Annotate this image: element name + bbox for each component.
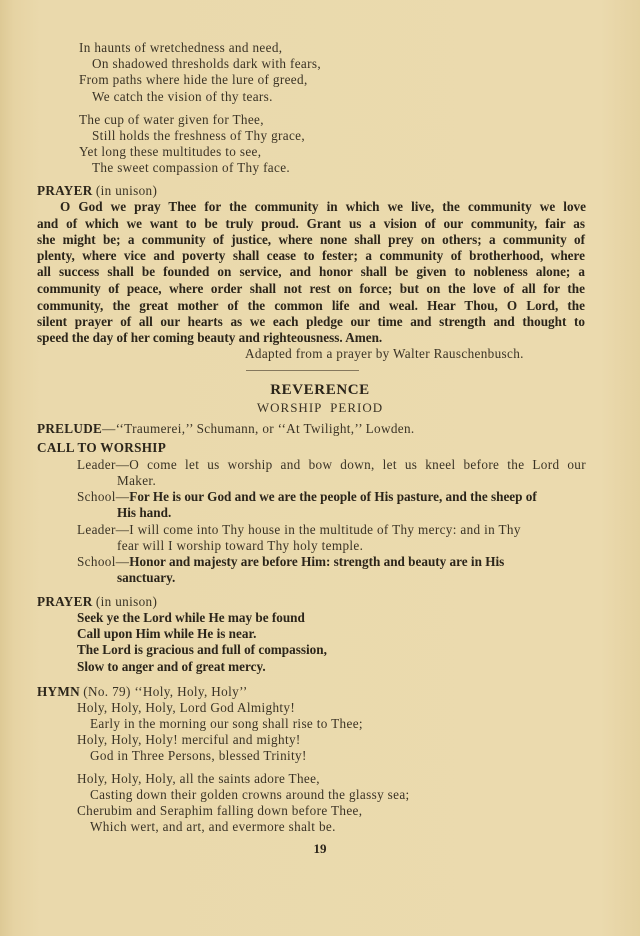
section-subtitle: WORSHIP PERIOD — [0, 400, 640, 416]
prayer-line: Seek ye the Lord while He may be found — [77, 610, 305, 626]
poem-line: Yet long these multitudes to see, — [79, 144, 261, 160]
prayer-line: and of which we want to be truly proud. … — [37, 216, 585, 232]
prayer-line: she might be; a community of justice, wh… — [37, 232, 585, 248]
prayer-attribution: Adapted from a prayer by Walter Rauschen… — [245, 346, 524, 362]
hymn-line: God in Three Persons, blessed Trinity! — [90, 748, 307, 764]
prayer-label: PRAYER — [37, 183, 93, 198]
speaker-label: School— — [77, 554, 129, 569]
prayer-line: speed the day of her coming beauty and r… — [37, 330, 382, 346]
speaker-label: Leader— — [77, 522, 129, 537]
poem-line: Still holds the freshness of Thy grace, — [92, 128, 305, 144]
response-text: Honor and majesty are before Him: streng… — [129, 554, 504, 569]
response-text: O come let us worship and bow down, let … — [129, 457, 586, 472]
prayer-line: Slow to anger and of great mercy. — [77, 659, 266, 675]
hymn-line: Holy, Holy, Holy! merciful and mighty! — [77, 732, 301, 748]
book-page: In haunts of wretchedness and need, On s… — [0, 0, 640, 936]
response-school-2: School—Honor and majesty are before Him:… — [77, 554, 504, 570]
hymn-line: Which wert, and art, and evermore shalt … — [90, 819, 336, 835]
prayer-line: community of peace, where order shall no… — [37, 281, 585, 297]
response-continuation: Maker. — [117, 473, 156, 489]
prayer-line: plenty, where vice and poverty shall cea… — [37, 248, 585, 264]
prayer-heading: PRAYER (in unison) — [37, 594, 157, 610]
response-leader-1: Leader—O come let us worship and bow dow… — [77, 457, 586, 473]
poem-line: We catch the vision of thy tears. — [92, 89, 273, 105]
section-title: REVERENCE — [0, 382, 640, 399]
response-text: I will come into Thy house in the multit… — [129, 522, 521, 537]
prayer-label: PRAYER — [37, 594, 93, 609]
prayer-heading: PRAYER (in unison) — [37, 183, 157, 199]
response-continuation: His hand. — [117, 505, 171, 521]
hymn-line: Holy, Holy, Holy, Lord God Almighty! — [77, 700, 295, 716]
page-number: 19 — [0, 841, 640, 857]
hymn-heading: HYMN (No. 79) ‘‘Holy, Holy, Holy’’ — [37, 684, 248, 700]
prayer-line: silent prayer of all our hearts as we ea… — [37, 314, 585, 330]
prayer-line: The Lord is gracious and full of compass… — [77, 642, 327, 658]
prayer-line: O God we pray Thee for the community in … — [60, 199, 586, 215]
prayer-line: Call upon Him while He is near. — [77, 626, 256, 642]
poem-line: From paths where hide the lure of greed, — [79, 72, 308, 88]
hymn-line: Casting down their golden crowns around … — [90, 787, 410, 803]
response-continuation: sanctuary. — [117, 570, 175, 586]
response-continuation: fear will I worship toward Thy holy temp… — [117, 538, 363, 554]
hymn-label: HYMN — [37, 684, 80, 699]
prayer-note: (in unison) — [96, 183, 157, 198]
hymn-info: (No. 79) ‘‘Holy, Holy, Holy’’ — [83, 684, 247, 699]
speaker-label: School— — [77, 489, 129, 504]
poem-line: The cup of water given for Thee, — [79, 112, 264, 128]
prayer-note: (in unison) — [96, 594, 157, 609]
prayer-line: all success shall be founded on service,… — [37, 264, 585, 280]
response-text: For He is our God and we are the people … — [129, 489, 537, 504]
section-divider — [246, 370, 359, 371]
poem-line: In haunts of wretchedness and need, — [79, 40, 282, 56]
prayer-line: community, the great mother of the commo… — [37, 298, 585, 314]
response-school-1: School—For He is our God and we are the … — [77, 489, 537, 505]
response-leader-2: Leader—I will come into Thy house in the… — [77, 522, 521, 538]
prelude-line: PRELUDE—‘‘Traumerei,’’ Schumann, or ‘‘At… — [37, 421, 415, 437]
poem-line: The sweet compassion of Thy face. — [92, 160, 290, 176]
hymn-line: Holy, Holy, Holy, all the saints adore T… — [77, 771, 320, 787]
call-to-worship-label: CALL TO WORSHIP — [37, 440, 166, 456]
hymn-line: Early in the morning our song shall rise… — [90, 716, 363, 732]
prelude-label: PRELUDE — [37, 421, 102, 436]
prelude-text: —‘‘Traumerei,’’ Schumann, or ‘‘At Twilig… — [102, 421, 414, 436]
poem-line: On shadowed thresholds dark with fears, — [92, 56, 321, 72]
speaker-label: Leader— — [77, 457, 129, 472]
hymn-line: Cherubim and Seraphim falling down befor… — [77, 803, 362, 819]
